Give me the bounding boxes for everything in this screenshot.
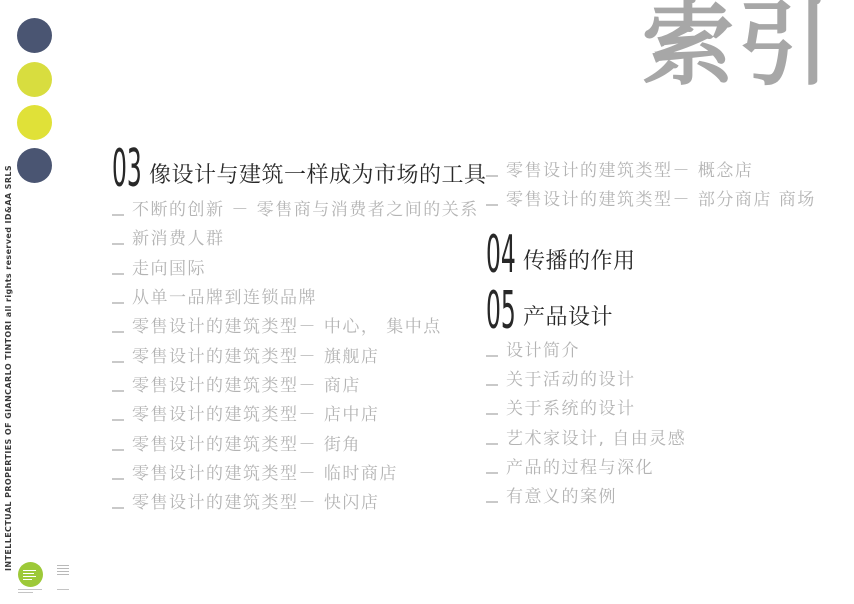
decor-circle-navy-1 <box>17 18 52 53</box>
underscore-bullet <box>486 443 498 445</box>
logo-fine-print-bottom <box>57 589 69 590</box>
section-03-items-continued: 零售设计的建筑类型－ 概念店 零售设计的建筑类型－ 部分商店 商场 <box>486 157 846 216</box>
section-04-number-wrap: 04 <box>486 235 523 276</box>
index-item-label: 新消费人群 <box>132 229 225 249</box>
index-item-label: 走向国际 <box>132 259 206 279</box>
underscore-bullet <box>112 243 124 245</box>
underscore-bullet <box>112 419 124 421</box>
underscore-bullet <box>486 204 498 206</box>
index-item: 艺术家设计, 自由灵感 <box>486 425 846 454</box>
index-item: 零售设计的建筑类型－ 中心， 集中点 <box>112 313 492 342</box>
underscore-bullet <box>112 361 124 363</box>
index-item-label: 有意义的案例 <box>506 487 617 507</box>
index-item-label: 零售设计的建筑类型－ 临时商店 <box>132 464 398 484</box>
index-item: 零售设计的建筑类型－ 旗舰店 <box>112 343 492 372</box>
index-item: 走向国际 <box>112 255 492 284</box>
underscore-bullet <box>112 449 124 451</box>
index-item-label: 零售设计的建筑类型－ 商店 <box>132 376 361 396</box>
index-item: 不断的创新 － 零售商与消费者之间的关系 <box>112 196 492 225</box>
index-item: 零售设计的建筑类型－ 商店 <box>112 372 492 401</box>
section-03-title: 像设计与建筑一样成为市场的工具 <box>149 165 487 190</box>
underscore-bullet <box>112 331 124 333</box>
index-item-label: 关于系统的设计 <box>506 399 636 419</box>
section-05-heading: 05 产品设计 <box>486 288 846 332</box>
underscore-bullet <box>486 413 498 415</box>
section-03-heading: 03 像设计与建筑一样成为市场的工具 <box>112 146 492 190</box>
section-03-number-wrap: 03 <box>112 149 149 190</box>
index-item: 零售设计的建筑类型－ 部分商店 商场 <box>486 186 846 215</box>
section-04-title: 传播的作用 <box>523 251 636 276</box>
index-item-label: 产品的过程与深化 <box>506 458 654 478</box>
section-04-number: 04 <box>486 235 516 276</box>
section-04-heading: 04 传播的作用 <box>486 232 846 276</box>
index-item: 有意义的案例 <box>486 483 846 512</box>
index-item-label: 零售设计的建筑类型－ 旗舰店 <box>132 347 379 367</box>
index-item-label: 设计简介 <box>506 341 580 361</box>
section-05-title: 产品设计 <box>523 307 613 332</box>
index-slide: 索引 INTELLECTUAL PROPERTIES OF GIANCARLO … <box>0 0 854 604</box>
underscore-bullet <box>486 501 498 503</box>
underscore-bullet <box>486 384 498 386</box>
underscore-bullet <box>486 355 498 357</box>
index-item-label: 关于活动的设计 <box>506 370 636 390</box>
logo-fine-print-right <box>57 565 69 575</box>
underscore-bullet <box>112 390 124 392</box>
index-item: 零售设计的建筑类型－ 店中店 <box>112 401 492 430</box>
index-item-label: 零售设计的建筑类型－ 概念店 <box>506 161 753 181</box>
section-05-items: 设计简介 关于活动的设计 关于系统的设计 艺术家设计, 自由灵感 产品的过程与深… <box>486 337 846 513</box>
index-item-label: 艺术家设计, 自由灵感 <box>506 429 686 449</box>
logo-fine-print-bottom <box>18 592 33 593</box>
index-item: 设计简介 <box>486 337 846 366</box>
page-title: 索引 <box>642 0 834 98</box>
logo-green-circle-icon <box>18 562 43 587</box>
section-05-number: 05 <box>486 291 516 332</box>
left-column: 03 像设计与建筑一样成为市场的工具 不断的创新 － 零售商与消费者之间的关系 … <box>112 146 492 519</box>
index-item: 关于活动的设计 <box>486 366 846 395</box>
underscore-bullet <box>486 175 498 177</box>
underscore-bullet <box>112 507 124 509</box>
index-item-label: 零售设计的建筑类型－ 部分商店 商场 <box>506 190 816 210</box>
underscore-bullet <box>112 273 124 275</box>
section-03-number: 03 <box>112 149 142 190</box>
index-item: 零售设计的建筑类型－ 快闪店 <box>112 489 492 518</box>
underscore-bullet <box>112 214 124 216</box>
index-item: 新消费人群 <box>112 225 492 254</box>
copyright-vertical-text: INTELLECTUAL PROPERTIES OF GIANCARLO TIN… <box>4 165 13 571</box>
index-item-label: 零售设计的建筑类型－ 街角 <box>132 435 361 455</box>
right-column: 零售设计的建筑类型－ 概念店 零售设计的建筑类型－ 部分商店 商场 04 传播的… <box>486 157 846 513</box>
index-item-label: 零售设计的建筑类型－ 中心， 集中点 <box>132 317 442 337</box>
section-03-items: 不断的创新 － 零售商与消费者之间的关系 新消费人群 走向国际 从单一品牌到连锁… <box>112 196 492 519</box>
index-item-label: 零售设计的建筑类型－ 快闪店 <box>132 493 379 513</box>
index-item: 零售设计的建筑类型－ 街角 <box>112 431 492 460</box>
index-item-label: 不断的创新 － 零售商与消费者之间的关系 <box>132 200 479 220</box>
idaa-logo <box>18 558 78 594</box>
underscore-bullet <box>486 472 498 474</box>
decor-circle-navy-2 <box>17 148 52 183</box>
index-item: 产品的过程与深化 <box>486 454 846 483</box>
index-item: 零售设计的建筑类型－ 概念店 <box>486 157 846 186</box>
index-item-label: 从单一品牌到连锁品牌 <box>132 288 317 308</box>
underscore-bullet <box>112 478 124 480</box>
decor-circle-yellow-green <box>17 62 52 97</box>
logo-fine-print-bottom <box>18 589 42 590</box>
index-item: 关于系统的设计 <box>486 395 846 424</box>
index-item-label: 零售设计的建筑类型－ 店中店 <box>132 405 379 425</box>
index-item: 从单一品牌到连锁品牌 <box>112 284 492 313</box>
decor-circle-yellow <box>17 105 52 140</box>
section-05-number-wrap: 05 <box>486 291 523 332</box>
underscore-bullet <box>112 302 124 304</box>
index-item: 零售设计的建筑类型－ 临时商店 <box>112 460 492 489</box>
